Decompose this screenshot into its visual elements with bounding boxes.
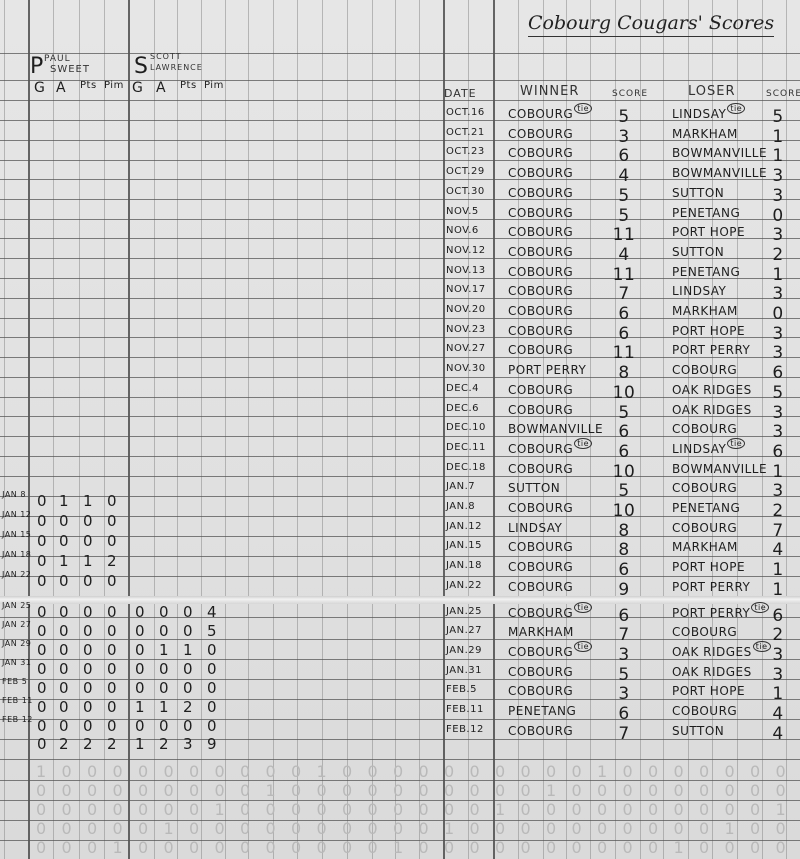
bleed-through-mark: 0 (725, 762, 735, 781)
game-loser: OAK RIDGES (672, 665, 752, 679)
bleed-through-mark: 0 (189, 838, 199, 857)
game-loser: BOWMANVILLE (672, 462, 767, 476)
bleed-through-mark: 0 (699, 762, 709, 781)
bleed-through-mark: 1 (266, 781, 276, 800)
bleed-through-mark: 0 (648, 781, 658, 800)
grid-horizontal-line (0, 476, 800, 477)
game-date: NOV.20 (446, 304, 486, 315)
game-winner-score-text: 6 (618, 146, 629, 166)
stat-row-date: JAN 15 (2, 530, 26, 539)
game-winner-score: 5 (610, 107, 638, 127)
game-loser: COBOURG (672, 521, 737, 535)
game-loser: PORT HOPE (672, 225, 745, 239)
game-date: OCT.16 (446, 107, 485, 118)
bleed-through-mark: 0 (368, 781, 378, 800)
stat-column-header: Pts (80, 80, 97, 91)
game-loser-score: 6 (764, 606, 792, 626)
bleed-through-mark: 0 (113, 762, 123, 781)
game-winner-text: COBOURG (508, 580, 573, 594)
bleed-through-mark: 0 (648, 838, 658, 857)
grid-horizontal-line (0, 100, 800, 101)
game-date-text: OCT.16 (446, 107, 485, 118)
stat-cell: 1 (178, 641, 198, 659)
grid-vertical-line (372, 0, 373, 859)
game-date: JAN.18 (446, 560, 482, 571)
grid-horizontal-line (0, 318, 800, 319)
stat-row-date: JAN 12 (2, 510, 26, 519)
grid-vertical-line (419, 0, 420, 859)
game-loser-score: 6 (764, 363, 792, 383)
bleed-through-mark: 0 (138, 781, 148, 800)
game-winner-text: COBOURG (508, 324, 573, 338)
bleed-through-mark: 0 (62, 800, 72, 819)
game-winner-score: 5 (610, 206, 638, 226)
game-date-text: NOV.17 (446, 284, 486, 295)
stat-cell: 0 (54, 532, 74, 550)
stat-column-header: Pim (204, 80, 224, 91)
game-winner-score: 6 (610, 606, 638, 626)
stat-cell: 0 (130, 717, 150, 735)
stat-cell: 5 (202, 622, 222, 640)
bleed-through-mark: 0 (444, 800, 454, 819)
game-winner-score-text: 6 (618, 304, 629, 324)
bleed-through-mark: 0 (521, 819, 531, 838)
bleed-through-mark: 0 (240, 838, 250, 857)
game-loser-score: 3 (764, 324, 792, 344)
game-winner: COBOURG (508, 324, 573, 338)
stat-cell: 0 (202, 698, 222, 716)
game-winner-score-text: 7 (618, 625, 629, 645)
game-loser-score: 1 (764, 560, 792, 580)
game-loser-score-text: 7 (772, 521, 783, 541)
bleed-through-mark: 0 (36, 819, 46, 838)
game-loser-score-text: 3 (772, 225, 783, 245)
tie-mark: tie (574, 641, 592, 652)
game-loser: SUTTON (672, 245, 724, 259)
game-loser-score: 4 (764, 724, 792, 744)
game-winner: COBOURG (508, 580, 573, 594)
stat-cell: 0 (202, 717, 222, 735)
game-winner-score: 4 (610, 245, 638, 265)
stat-total: 2 (78, 735, 98, 753)
bleed-through-mark: 0 (189, 762, 199, 781)
game-date: NOV.12 (446, 245, 486, 256)
game-loser-score: 5 (764, 383, 792, 403)
bleed-through-mark: 0 (444, 781, 454, 800)
game-winner-score: 5 (610, 186, 638, 206)
bleed-through-mark: 0 (495, 819, 505, 838)
game-winner-text: COBOURG (508, 343, 573, 357)
game-loser-score: 3 (764, 403, 792, 423)
stat-cell: 0 (54, 622, 74, 640)
bleed-through-mark: 0 (546, 819, 556, 838)
game-loser-score: 0 (764, 206, 792, 226)
stat-cell: 0 (54, 679, 74, 697)
stat-cell: 0 (32, 679, 52, 697)
player1-last-name: SWEET (50, 64, 90, 75)
bleed-through-mark: 0 (521, 781, 531, 800)
game-loser-text: OAK RIDGES (672, 645, 752, 659)
game-winner-score: 7 (610, 625, 638, 645)
bleed-through-mark: 0 (495, 781, 505, 800)
game-date-text: JAN.7 (446, 481, 475, 492)
game-loser-score-text: 1 (772, 560, 783, 580)
game-date: JAN.8 (446, 501, 475, 512)
game-loser-text: PENETANG (672, 501, 740, 515)
bleed-through-mark: 1 (36, 762, 46, 781)
game-date-text: JAN.29 (446, 645, 482, 656)
bleed-through-mark: 0 (240, 819, 250, 838)
bleed-through-mark: 0 (291, 762, 301, 781)
game-winner-score: 10 (610, 462, 638, 482)
game-date: FEB.5 (446, 684, 477, 695)
bleed-through-mark: 0 (674, 819, 684, 838)
stat-cell: 4 (202, 603, 222, 621)
game-winner: COBOURG (508, 127, 573, 141)
bleed-through-mark: 0 (419, 781, 429, 800)
game-winner-score: 11 (610, 343, 638, 363)
bleed-through-mark: 0 (495, 838, 505, 857)
game-winner: COBOURG (508, 206, 573, 220)
bleed-through-mark: 0 (776, 819, 786, 838)
bleed-through-mark: 0 (266, 800, 276, 819)
bleed-through-mark: 0 (87, 800, 97, 819)
game-winner-text: LINDSAY (508, 521, 562, 535)
game-date-text: DEC.18 (446, 462, 486, 473)
game-loser-score-text: 1 (772, 265, 783, 285)
header-loser: LOSER (688, 84, 736, 99)
bleed-through-mark: 0 (368, 819, 378, 838)
bleed-through-mark: 0 (419, 800, 429, 819)
game-loser: PORT PERRY (672, 343, 750, 357)
stat-cell: 0 (54, 717, 74, 735)
game-winner-score: 3 (610, 684, 638, 704)
stat-cell: 0 (78, 698, 98, 716)
game-winner-score: 11 (610, 225, 638, 245)
bleed-through-mark: 1 (164, 819, 174, 838)
bleed-through-mark: 0 (725, 800, 735, 819)
game-date-text: FEB.12 (446, 724, 484, 735)
bleed-through-mark: 0 (776, 762, 786, 781)
bleed-through-mark: 0 (725, 838, 735, 857)
stat-cell: 0 (54, 603, 74, 621)
game-winner-score-text: 3 (618, 645, 629, 665)
bleed-through-mark: 0 (597, 838, 607, 857)
bleed-through-mark: 0 (240, 762, 250, 781)
game-loser: PENETANG (672, 206, 740, 220)
bleed-through-mark: 0 (750, 762, 760, 781)
stat-cell: 0 (178, 622, 198, 640)
game-winner: COBOURG (508, 146, 573, 160)
bleed-through-mark: 0 (138, 800, 148, 819)
stat-cell: 0 (78, 622, 98, 640)
bleed-through-mark: 0 (113, 819, 123, 838)
game-loser-text: COBOURG (672, 625, 737, 639)
bleed-through-mark: 0 (36, 781, 46, 800)
game-loser: OAK RIDGES (672, 383, 752, 397)
game-loser: OAK RIDGEStie (672, 645, 771, 659)
bleed-through-mark: 0 (750, 819, 760, 838)
game-loser-score: 1 (764, 127, 792, 147)
game-winner-score: 10 (610, 501, 638, 521)
bleed-through-mark: 0 (521, 762, 531, 781)
stat-cell: 0 (202, 641, 222, 659)
stat-row-date: JAN 18 (2, 550, 26, 559)
game-loser-score: 1 (764, 684, 792, 704)
game-winner-text: COBOURG (508, 540, 573, 554)
stat-cell: 0 (102, 532, 122, 550)
stat-cell: 0 (102, 622, 122, 640)
game-winner-score: 6 (610, 704, 638, 724)
player2-initial: S (134, 54, 148, 79)
game-loser-text: LINDSAY (672, 284, 726, 298)
bleed-through-mark: 0 (62, 762, 72, 781)
bleed-through-mark: 0 (240, 781, 250, 800)
stat-cell: 0 (102, 572, 122, 590)
game-date: FEB.11 (446, 704, 484, 715)
game-loser: BOWMANVILLE (672, 166, 767, 180)
game-date-text: FEB.11 (446, 704, 484, 715)
bleed-through-mark: 0 (444, 838, 454, 857)
bleed-through-mark: 0 (699, 819, 709, 838)
game-winner: COBOURG (508, 724, 573, 738)
game-loser-score-text: 3 (772, 284, 783, 304)
game-date-text: JAN.27 (446, 625, 482, 636)
stat-cell: 0 (130, 622, 150, 640)
game-loser-score: 1 (764, 462, 792, 482)
game-winner: COBOURG (508, 501, 573, 515)
game-winner-score: 10 (610, 383, 638, 403)
game-winner-score-text: 10 (613, 501, 636, 521)
bleed-through-mark: 0 (138, 819, 148, 838)
bleed-through-mark: 0 (674, 781, 684, 800)
tie-mark: tie (727, 438, 745, 449)
bleed-through-mark: 0 (368, 800, 378, 819)
game-loser: COBOURG (672, 363, 737, 377)
bleed-through-mark: 0 (36, 800, 46, 819)
bleed-through-mark: 0 (266, 762, 276, 781)
stat-cell: 0 (54, 698, 74, 716)
game-loser-score: 1 (764, 580, 792, 600)
stat-column-header: Pts (180, 80, 197, 91)
stat-row-date: FEB 11 (2, 696, 26, 705)
game-winner-score: 6 (610, 560, 638, 580)
game-date-text: OCT.30 (446, 186, 485, 197)
game-winner-score-text: 6 (618, 560, 629, 580)
game-loser: SUTTON (672, 186, 724, 200)
bleed-through-mark: 0 (699, 781, 709, 800)
game-loser: PENETANG (672, 501, 740, 515)
bleed-through-mark: 0 (342, 781, 352, 800)
game-winner: COBOURG (508, 265, 573, 279)
game-loser-text: PORT HOPE (672, 560, 745, 574)
bleed-through-mark: 0 (87, 781, 97, 800)
game-loser-text: PORT HOPE (672, 684, 745, 698)
bleed-through-mark: 0 (470, 838, 480, 857)
game-winner-score-text: 10 (613, 462, 636, 482)
bleed-through-mark: 0 (164, 781, 174, 800)
header-loser-score: SCORE (766, 89, 800, 99)
game-winner-text: COBOURG (508, 127, 573, 141)
game-loser-score: 1 (764, 265, 792, 285)
player1-first-name: PAUL (44, 54, 71, 64)
game-loser: PORT PERRYtie (672, 606, 769, 620)
game-date: NOV.23 (446, 324, 486, 335)
game-date-text: JAN.12 (446, 521, 482, 532)
bleed-through-mark: 0 (623, 819, 633, 838)
game-date-text: NOV.27 (446, 343, 486, 354)
stat-cell: 0 (178, 679, 198, 697)
game-loser-score-text: 0 (772, 206, 783, 226)
game-loser-score-text: 3 (772, 186, 783, 206)
stat-cell: 0 (32, 660, 52, 678)
game-loser-text: PENETANG (672, 206, 740, 220)
game-loser-score: 0 (764, 304, 792, 324)
game-loser-score-text: 0 (772, 304, 783, 324)
stat-total: 0 (32, 735, 52, 753)
bleed-through-mark: 0 (776, 838, 786, 857)
bleed-through-mark: 0 (699, 800, 709, 819)
game-winner-text: SUTTON (508, 481, 560, 495)
bleed-through-mark: 0 (572, 838, 582, 857)
game-loser-text: BOWMANVILLE (672, 146, 767, 160)
game-winner: COBOURG (508, 245, 573, 259)
stat-cell: 0 (78, 603, 98, 621)
game-winner-score-text: 7 (618, 284, 629, 304)
game-date-text: OCT.21 (446, 127, 485, 138)
bleed-through-mark: 0 (215, 838, 225, 857)
bleed-through-mark: 1 (597, 762, 607, 781)
stat-cell: 0 (154, 622, 174, 640)
game-winner-score-text: 9 (618, 580, 629, 600)
bleed-through-mark: 0 (699, 838, 709, 857)
stat-cell: 0 (102, 641, 122, 659)
bleed-through-mark: 0 (393, 800, 403, 819)
tie-mark: tie (727, 103, 745, 114)
game-loser-score: 3 (764, 481, 792, 501)
stat-cell: 0 (32, 698, 52, 716)
bleed-through-mark: 0 (572, 800, 582, 819)
stat-row-date: FEB 12 (2, 715, 26, 724)
bleed-through-mark: 1 (113, 838, 123, 857)
game-winner-score-text: 6 (618, 422, 629, 442)
bleed-through-mark: 0 (266, 838, 276, 857)
game-loser: PORT HOPE (672, 560, 745, 574)
game-winner-score-text: 6 (618, 324, 629, 344)
game-date: JAN.29 (446, 645, 482, 656)
game-date: JAN.31 (446, 665, 482, 676)
game-loser-score-text: 6 (772, 606, 783, 626)
game-winner-score-text: 11 (613, 343, 636, 363)
stat-cell: 0 (102, 603, 122, 621)
bleed-through-mark: 0 (750, 838, 760, 857)
game-loser-text: PORT PERRY (672, 580, 750, 594)
grid-vertical-line (225, 0, 226, 859)
player1-initial: P (30, 54, 44, 79)
stat-cell: 0 (32, 492, 52, 510)
game-date: NOV.17 (446, 284, 486, 295)
game-winner-text: COBOURG (508, 284, 573, 298)
game-date-text: NOV.30 (446, 363, 486, 374)
bleed-through-mark: 0 (750, 800, 760, 819)
bleed-through-mark: 0 (342, 819, 352, 838)
grid-vertical-line (762, 0, 763, 859)
stat-cell: 0 (102, 679, 122, 697)
game-winner-text: COBOURG (508, 206, 573, 220)
game-winner-text: COBOURG (508, 107, 573, 121)
game-winner-score: 5 (610, 481, 638, 501)
game-loser-score: 3 (764, 186, 792, 206)
game-winner-score-text: 6 (618, 606, 629, 626)
game-loser-text: BOWMANVILLE (672, 166, 767, 180)
bleed-through-mark: 0 (113, 781, 123, 800)
grid-horizontal-line (0, 456, 800, 457)
game-winner-score: 7 (610, 284, 638, 304)
game-loser-score-text: 3 (772, 166, 783, 186)
tie-mark: tie (574, 438, 592, 449)
stat-cell: 0 (78, 679, 98, 697)
bleed-through-mark: 0 (164, 838, 174, 857)
bleed-through-mark: 1 (215, 800, 225, 819)
stat-cell: 2 (178, 698, 198, 716)
bleed-through-mark: 0 (470, 819, 480, 838)
game-winner-score-text: 4 (618, 166, 629, 186)
game-winner-score-text: 5 (618, 186, 629, 206)
bleed-through-mark: 0 (521, 838, 531, 857)
stat-row-date: JAN 27 (2, 620, 26, 629)
game-date: DEC.11 (446, 442, 486, 453)
game-loser-score: 3 (764, 645, 792, 665)
game-loser-text: OAK RIDGES (672, 383, 752, 397)
bleed-through-mark: 0 (648, 819, 658, 838)
bleed-through-mark: 0 (572, 819, 582, 838)
bleed-through-mark: 0 (215, 762, 225, 781)
bleed-through-mark: 0 (317, 781, 327, 800)
stat-cell: 0 (130, 660, 150, 678)
game-loser-text: PORT PERRY (672, 343, 750, 357)
bleed-through-mark: 0 (623, 800, 633, 819)
game-winner-score: 6 (610, 422, 638, 442)
game-date: NOV.5 (446, 206, 479, 217)
game-date: JAN.7 (446, 481, 475, 492)
bleed-through-mark: 0 (215, 781, 225, 800)
stat-cell: 0 (178, 717, 198, 735)
game-date: OCT.21 (446, 127, 485, 138)
stat-row-date: JAN 25 (2, 601, 26, 610)
game-loser-text: COBOURG (672, 363, 737, 377)
game-date: OCT.29 (446, 166, 485, 177)
game-loser-score: 3 (764, 166, 792, 186)
game-winner-text: COBOURG (508, 560, 573, 574)
bleed-through-mark: 0 (164, 762, 174, 781)
game-loser-text: SUTTON (672, 724, 724, 738)
stat-cell: 0 (78, 660, 98, 678)
game-winner-score-text: 6 (618, 442, 629, 462)
bleed-through-mark: 0 (291, 838, 301, 857)
game-winner-score-text: 6 (618, 704, 629, 724)
page-title: Cobourg Cougars' Scores (528, 12, 774, 37)
game-winner-text: COBOURG (508, 304, 573, 318)
game-date: DEC.18 (446, 462, 486, 473)
game-loser-text: OAK RIDGES (672, 665, 752, 679)
stat-cell: 2 (102, 552, 122, 570)
stat-column-header: A (156, 80, 166, 96)
bleed-through-mark: 0 (342, 762, 352, 781)
bleed-through-mark: 0 (291, 800, 301, 819)
game-winner: MARKHAM (508, 625, 574, 639)
game-loser-text: LINDSAY (672, 442, 726, 456)
game-winner-text: COBOURG (508, 665, 573, 679)
